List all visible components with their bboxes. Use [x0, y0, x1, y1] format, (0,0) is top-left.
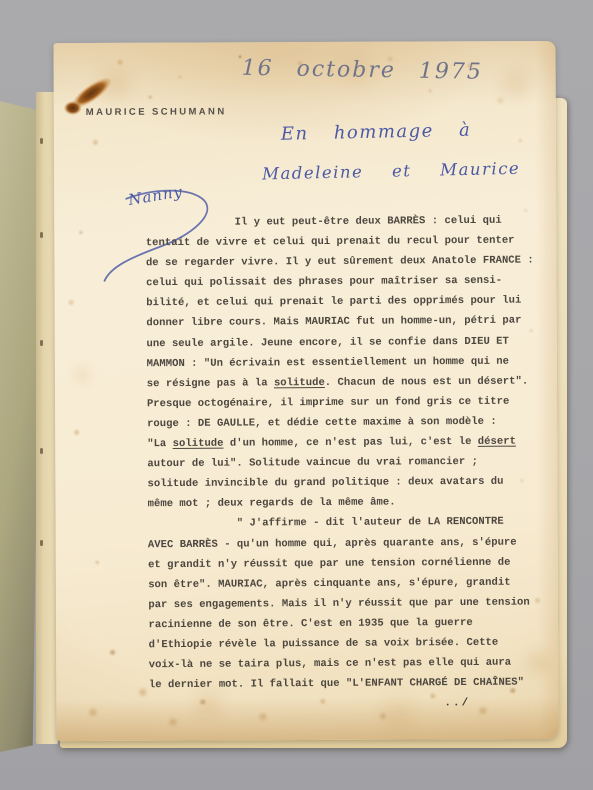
- foxing-blotches: [53, 43, 57, 47]
- handwritten-dedication-line1: En hommage à: [281, 120, 472, 145]
- typed-line: " J'affirme - dit l'auteur de LA RENCONT…: [148, 512, 543, 535]
- typed-line: rouge : DE GAULLE, et dédie cette maxime…: [147, 411, 542, 434]
- typed-line: autour de lui". Solitude vaincue du vrai…: [147, 452, 542, 475]
- typed-line: racinienne de son être. C'est en 1935 qu…: [148, 612, 543, 635]
- typed-line: son être". MAURIAC, après cinquante ans,…: [148, 572, 543, 595]
- typed-line: voix-là ne se taira plus, mais ce n'est …: [149, 653, 544, 676]
- typed-line: se résigne pas à la solitude. Chacun de …: [147, 371, 542, 394]
- typed-line: solitude invincible du grand politique :…: [147, 472, 542, 495]
- typed-line: bilité, et celui qui prenait le parti de…: [146, 291, 541, 314]
- rust-stain: [64, 101, 82, 115]
- stitch-mark: [40, 340, 43, 346]
- typed-line: AVEC BARRÈS - qu'un homme qui, après qua…: [148, 532, 543, 555]
- typed-text: Il y eut peut-être deux BARRÈS : celui q…: [146, 210, 544, 695]
- typed-line: une seule argile. Jeune encore, il se co…: [146, 331, 541, 354]
- pagination-mark: ../: [444, 697, 528, 709]
- stitch-mark: [40, 138, 43, 144]
- typed-line: MAMMON : "Un écrivain est essentiellemen…: [147, 351, 542, 374]
- typed-line: le dernier mot. Il fallait que "L'ENFANT…: [149, 673, 544, 696]
- handwritten-date: 16 octobre 1975: [241, 56, 483, 85]
- stitch-mark: [40, 448, 43, 454]
- stitch-mark: [40, 232, 43, 238]
- foxing-spots: [53, 43, 56, 46]
- typed-line: "La solitude d'un homme, ce n'est pas lu…: [147, 431, 542, 454]
- typed-line: et grandit n'y réussit que par une tensi…: [148, 552, 543, 575]
- stitch-mark: [40, 540, 43, 546]
- typed-line: celui qui polissait des phrases pour maî…: [146, 271, 541, 294]
- typed-line: de se regarder vivre. Il y eut sûrement …: [146, 251, 541, 274]
- typed-line: même mot ; deux regards de la même âme.: [148, 492, 543, 515]
- photo-background: MAURICE SCHUMANN 16 octobre 1975 En homm…: [0, 0, 593, 790]
- typed-line: Il y eut peut-être deux BARRÈS : celui q…: [146, 210, 541, 233]
- handwritten-annotation: Nanny: [127, 182, 184, 209]
- typed-line: par ses engagements. Mais il n'y réussit…: [148, 592, 543, 615]
- typed-line: d'Ethiopie révèle la puissance de sa voi…: [149, 632, 544, 655]
- typed-line: Presque octogénaire, il imprime sur un f…: [147, 391, 542, 414]
- typed-line: tentait de vivre et celui qui prenait du…: [146, 231, 541, 254]
- letterhead-author-name: MAURICE SCHUMANN: [86, 106, 227, 118]
- manuscript-page: MAURICE SCHUMANN 16 octobre 1975 En homm…: [53, 41, 558, 741]
- handwritten-dedication-line2: Madeleine et Maurice: [262, 159, 521, 184]
- typed-line: donner libre cours. Mais MAURIAC fut un …: [146, 311, 541, 334]
